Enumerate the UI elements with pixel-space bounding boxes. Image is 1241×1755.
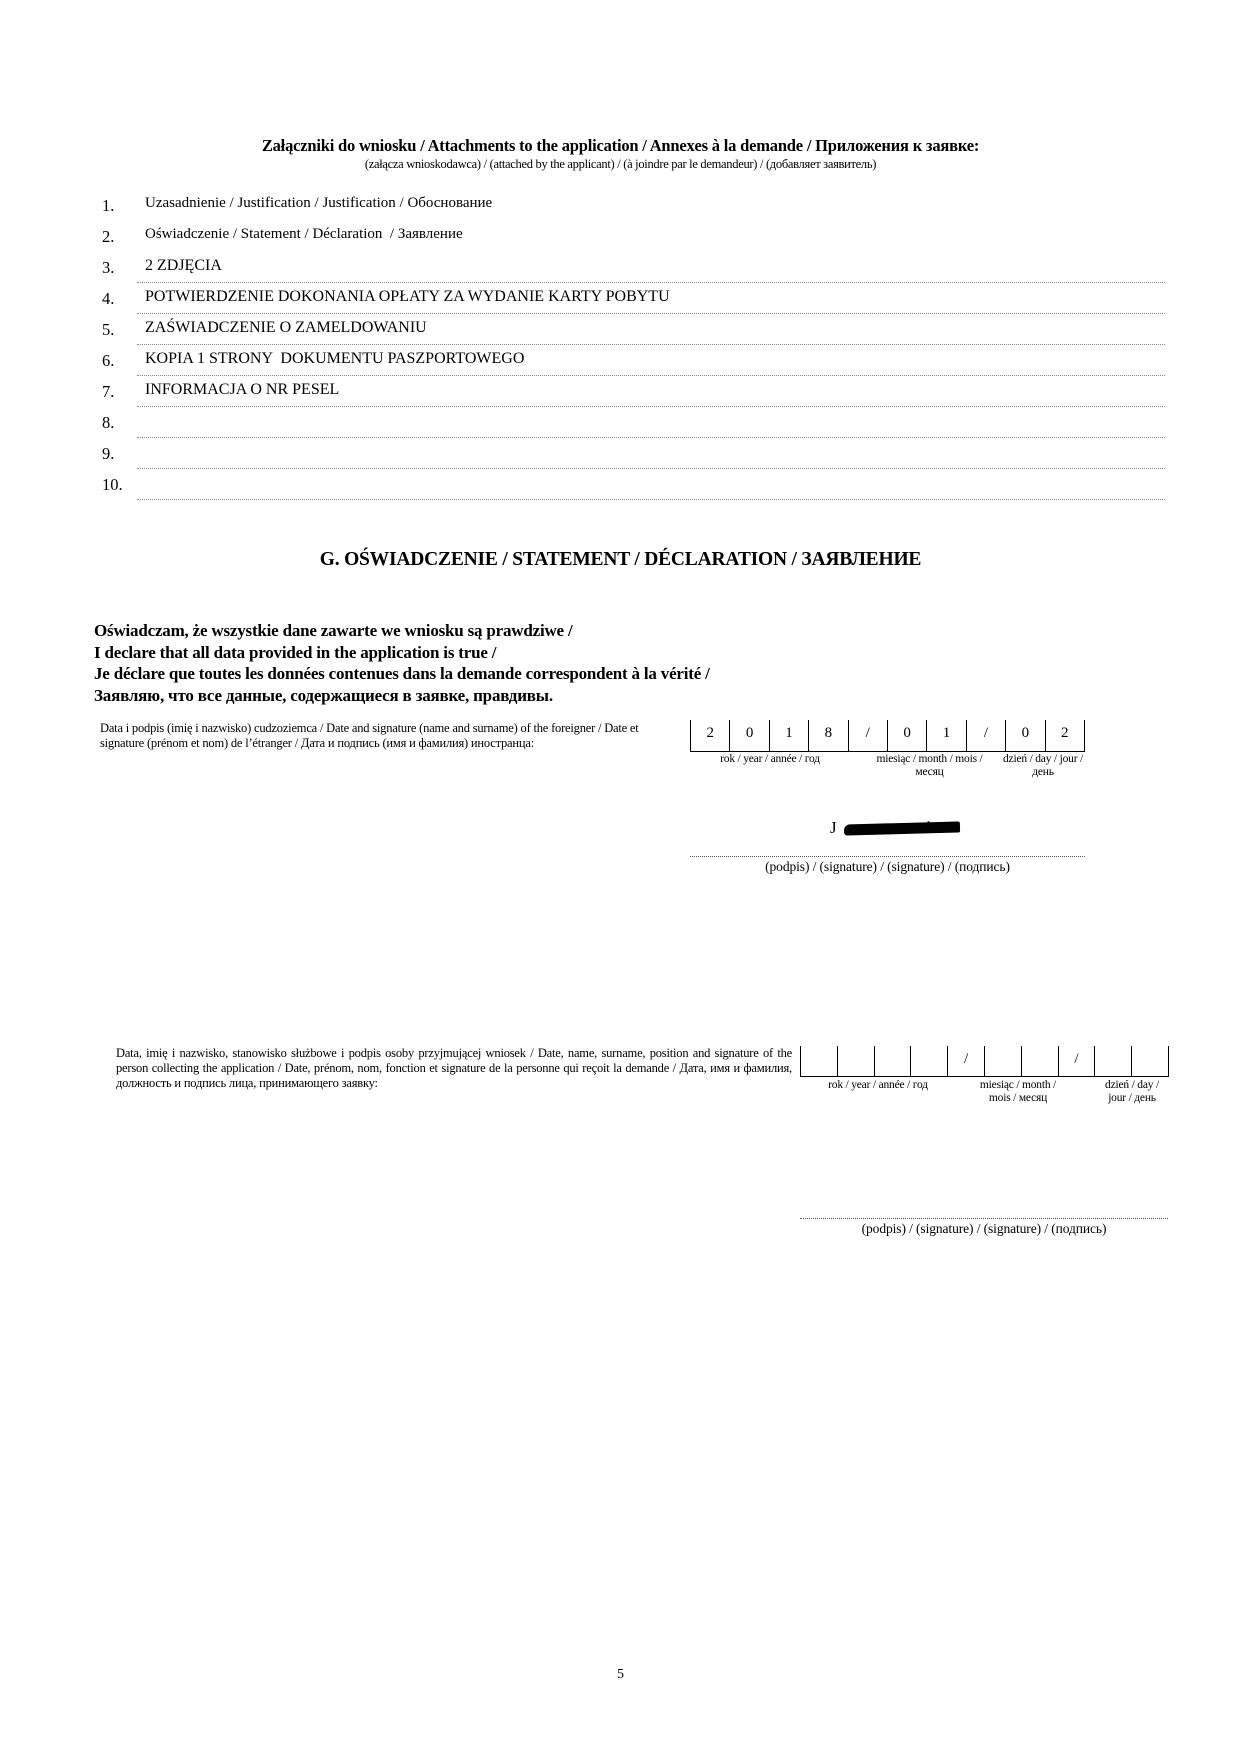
date-digit-cell[interactable]: [985, 1046, 1022, 1076]
attachment-item: 5.ZAŚWIADCZENIE O ZAMELDOWANIU: [0, 314, 1241, 345]
attachment-text[interactable]: ZAŚWIADCZENIE O ZAMELDOWANIU: [145, 319, 427, 337]
attachments-title: Załączniki do wniosku / Attachments to t…: [0, 136, 1241, 156]
attachment-item: 4.POTWIERDZENIE DOKONANIA OPŁATY ZA WYDA…: [0, 283, 1241, 314]
date-digit-cell[interactable]: [1022, 1046, 1059, 1076]
foreigner-day-label: dzień / day / jour / день: [1002, 753, 1084, 779]
attachment-number: 1.: [102, 196, 114, 216]
declaration-line-en: I declare that all data provided in the …: [94, 642, 710, 664]
attachment-item: 8.: [0, 407, 1241, 438]
attachment-number: 7.: [102, 382, 114, 402]
declaration-line-ru: Заявляю, что все данные, содержащиеся в …: [94, 685, 710, 707]
foreigner-year-label: rok / year / année / год: [700, 753, 840, 766]
attachment-text: Oświadczenie / Statement / Déclaration /…: [145, 226, 463, 243]
foreigner-signature-caption: (podpis) / (signature) / (signature) / (…: [690, 859, 1085, 875]
attachment-item: 2.Oświadczenie / Statement / Déclaration…: [0, 221, 1241, 252]
date-separator: /: [849, 720, 888, 751]
official-day-label: dzień / day / jour / день: [1100, 1079, 1164, 1105]
date-digit-cell[interactable]: [1095, 1046, 1132, 1076]
signature-initial: J: [830, 818, 837, 837]
official-signature-caption: (podpis) / (signature) / (signature) / (…: [800, 1221, 1168, 1237]
official-year-label: rok / year / année / год: [808, 1079, 948, 1092]
date-digit-cell[interactable]: [875, 1046, 912, 1076]
attachment-number: 10.: [102, 475, 123, 495]
date-digit-cell[interactable]: 2: [1046, 720, 1085, 751]
attachment-item: 6.KOPIA 1 STRONY DOKUMENTU PASZPORTOWEGO: [0, 345, 1241, 376]
date-digit-cell[interactable]: 1: [927, 720, 966, 751]
attachments-subtitle: (załącza wnioskodawca) / (attached by th…: [0, 157, 1241, 172]
official-signature-line: [800, 1218, 1168, 1219]
foreigner-month-label: miesiąc / month / mois / месяц: [862, 753, 997, 779]
attachment-number: 9.: [102, 444, 114, 464]
attachment-text[interactable]: 2 ZDJĘCIA: [145, 257, 222, 275]
date-digit-cell[interactable]: [801, 1046, 838, 1076]
attachment-number: 4.: [102, 289, 114, 309]
attachment-item: 7.INFORMACJA O NR PESEL: [0, 376, 1241, 407]
attachment-text[interactable]: KOPIA 1 STRONY DOKUMENTU PASZPORTOWEGO: [145, 350, 524, 368]
date-digit-cell[interactable]: 0: [888, 720, 927, 751]
official-date-field[interactable]: //: [800, 1046, 1169, 1077]
official-date-signature-label: Data, imię i nazwisko, stanowisko służbo…: [116, 1046, 792, 1091]
date-separator: /: [1059, 1046, 1096, 1076]
attachment-number: 8.: [102, 413, 114, 433]
attachment-dotted-line: [137, 499, 1165, 500]
foreigner-signature-line: [690, 856, 1085, 857]
date-digit-cell[interactable]: [1132, 1046, 1169, 1076]
attachment-number: 2.: [102, 227, 114, 247]
attachment-item: 9.: [0, 438, 1241, 469]
date-digit-cell[interactable]: [838, 1046, 875, 1076]
attachment-text: Uzasadnienie / Justification / Justifica…: [145, 195, 492, 212]
attachment-item: 3.2 ZDJĘCIA: [0, 252, 1241, 283]
date-separator: /: [967, 720, 1006, 751]
foreigner-date-field[interactable]: 2018/01/02: [690, 720, 1085, 752]
page-number: 5: [0, 1667, 1241, 1683]
date-digit-cell[interactable]: 1: [770, 720, 809, 751]
declaration-text: Oświadczam, że wszystkie dane zawarte we…: [94, 620, 710, 706]
date-digit-cell[interactable]: 2: [691, 720, 730, 751]
date-digit-cell[interactable]: [911, 1046, 948, 1076]
attachment-item: 1.Uzasadnienie / Justification / Justifi…: [0, 190, 1241, 221]
declaration-line-fr: Je déclare que toutes les données conten…: [94, 663, 710, 685]
date-digit-cell[interactable]: 0: [1006, 720, 1045, 751]
date-separator: /: [948, 1046, 985, 1076]
attachment-text[interactable]: INFORMACJA O NR PESEL: [145, 381, 339, 399]
declaration-line-pl: Oświadczam, że wszystkie dane zawarte we…: [94, 620, 710, 642]
attachment-number: 5.: [102, 320, 114, 340]
attachment-text[interactable]: POTWIERDZENIE DOKONANIA OPŁATY ZA WYDANI…: [145, 288, 670, 306]
attachment-number: 3.: [102, 258, 114, 278]
date-digit-cell[interactable]: 0: [730, 720, 769, 751]
foreigner-date-signature-label: Data i podpis (imię i nazwisko) cudzozie…: [100, 721, 665, 751]
official-month-label: miesiąc / month / mois / месяц: [968, 1079, 1068, 1105]
date-digit-cell[interactable]: 8: [809, 720, 848, 751]
attachment-item: 10.: [0, 469, 1241, 500]
section-g-title: G. OŚWIADCZENIE / STATEMENT / DÉCLARATIO…: [0, 549, 1241, 571]
attachment-number: 6.: [102, 351, 114, 371]
